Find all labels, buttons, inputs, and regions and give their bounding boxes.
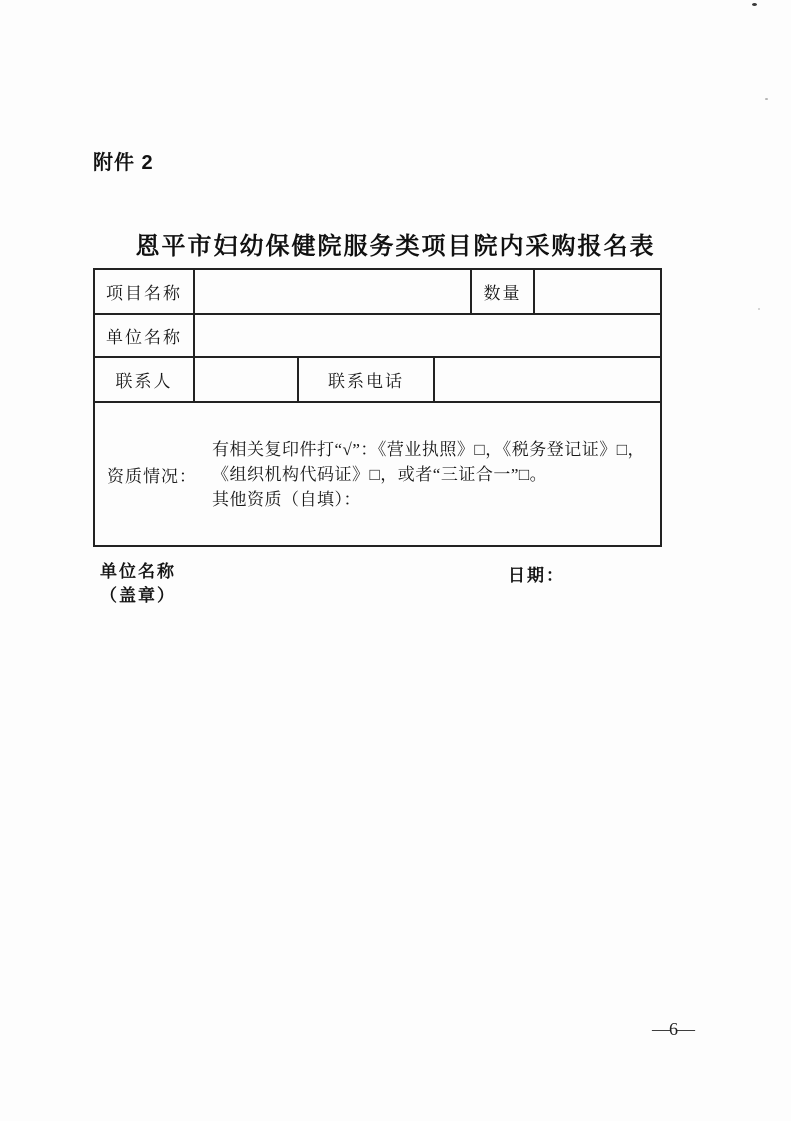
qualification-text: 有相关复印件打“√”：《营业执照》□，《税务登记证》□， 《组织机构代码证》□，… <box>212 437 650 512</box>
quantity-label: 数量 <box>472 270 535 313</box>
qualification-line-1: 有相关复印件打“√”：《营业执照》□，《税务登记证》□， <box>212 437 650 462</box>
table-row-contact: 联系人 联系电话 <box>95 358 660 403</box>
qualification-line-2: 《组织机构代码证》□，或者“三证合一”□。 <box>212 462 650 487</box>
contact-person-label: 联系人 <box>95 358 195 401</box>
table-row-qualification: 资质情况： 有相关复印件打“√”：《营业执照》□，《税务登记证》□， 《组织机构… <box>95 403 660 545</box>
scan-speck <box>752 3 757 6</box>
contact-phone-label: 联系电话 <box>299 358 435 401</box>
form-title: 恩平市妇幼保健院服务类项目院内采购报名表 <box>0 226 791 261</box>
unit-name-label: 单位名称 <box>95 315 195 356</box>
unit-name-field <box>195 315 660 356</box>
document-page: 附件 2 恩平市妇幼保健院服务类项目院内采购报名表 项目名称 数量 单位名称 联… <box>0 0 791 1121</box>
contact-person-field <box>195 358 299 401</box>
contact-phone-field <box>435 358 660 401</box>
scan-speck <box>765 98 768 100</box>
date-label: 日期： <box>508 561 565 586</box>
page-number: —6— <box>652 1019 694 1040</box>
signature-seal-label: （盖章） <box>100 584 176 608</box>
qualification-line-3: 其他资质（自填）： <box>212 487 650 512</box>
qualification-label: 资质情况： <box>107 462 212 487</box>
project-name-field <box>195 270 472 313</box>
project-name-label: 项目名称 <box>95 270 195 313</box>
registration-table: 项目名称 数量 单位名称 联系人 联系电话 资质情况： 有相关复印件打“√”：《… <box>93 268 662 547</box>
signature-block: 单位名称 （盖章） <box>100 560 176 608</box>
scan-speck <box>758 308 760 310</box>
table-row-project: 项目名称 数量 <box>95 270 660 315</box>
signature-unit-name-label: 单位名称 <box>100 560 176 584</box>
qualification-cell: 资质情况： 有相关复印件打“√”：《营业执照》□，《税务登记证》□， 《组织机构… <box>95 403 660 545</box>
quantity-field <box>535 270 660 313</box>
table-row-unit: 单位名称 <box>95 315 660 358</box>
attachment-label: 附件 2 <box>93 146 154 175</box>
